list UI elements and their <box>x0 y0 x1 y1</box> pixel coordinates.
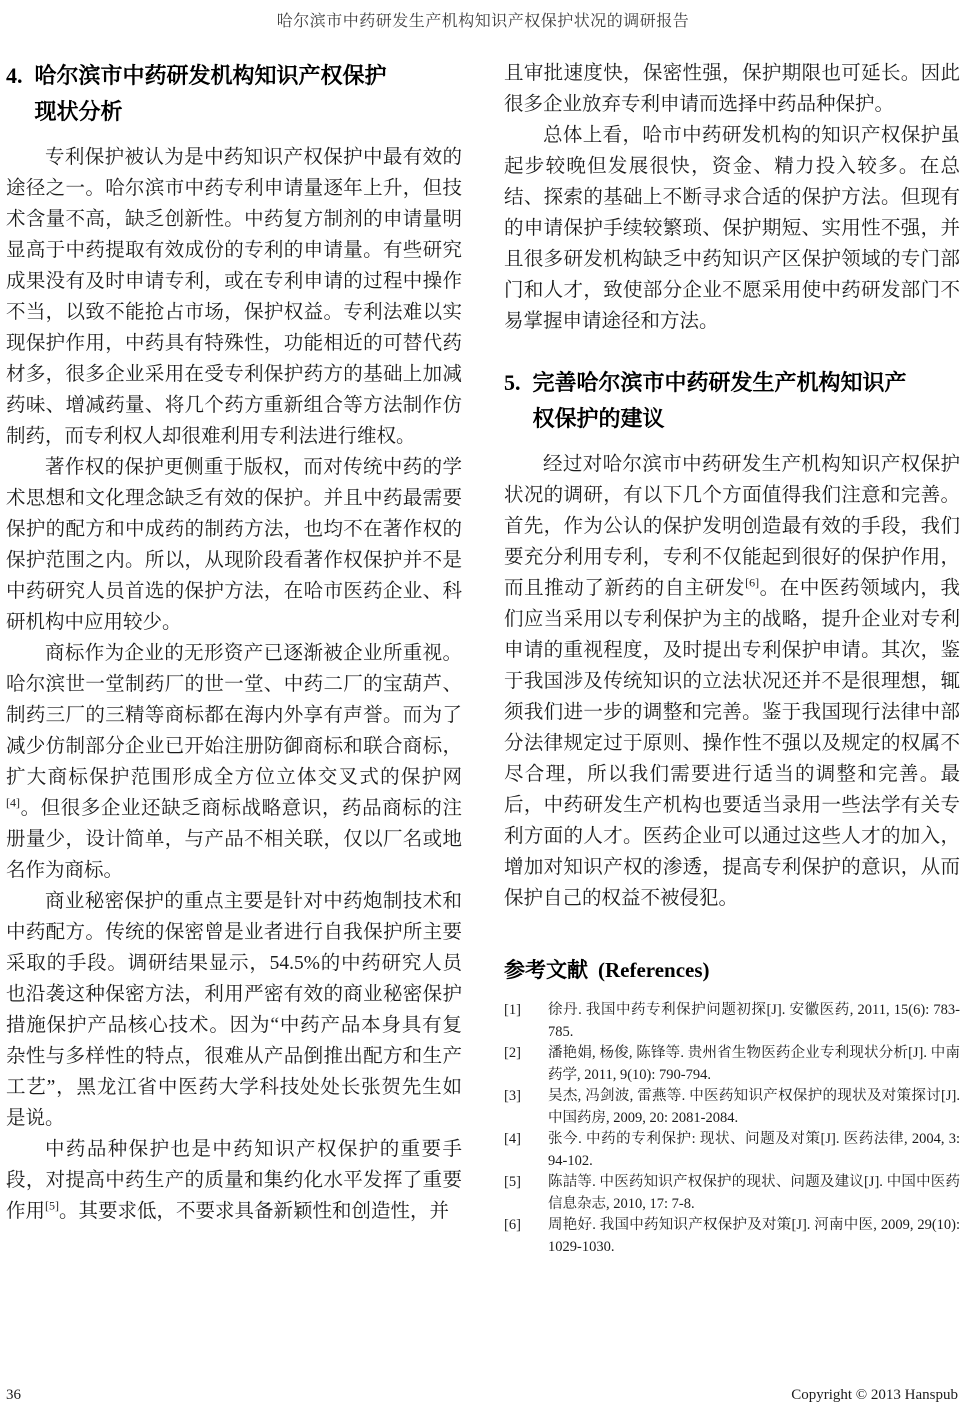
reference-label: [4] <box>504 1129 548 1172</box>
paragraph-variety-protection-cont: 且审批速度快，保密性强，保护期限也可延长。因此很多企业放弃专利申请而选择中药品种… <box>504 58 960 120</box>
reference-item: [5] 陈詰等. 中医药知识产权保护的现状、问题及建议[J]. 中国中医药信息杂… <box>504 1172 960 1215</box>
paper-page: 哈尔滨市中药研发生产机构知识产权保护状况的调研报告 4. 哈尔滨市中药研发机构知… <box>0 0 966 1414</box>
paragraph-overall-view: 总体上看，哈市中药研发机构的知识产权保护虽起步较晚但发展很快，资金、精力投入较多… <box>504 120 960 337</box>
reference-text: 徐丹. 我国中药专利保护问题初探[J]. 安徽医药, 2011, 15(6): … <box>548 1000 960 1043</box>
section-5-title: 完善哈尔滨市中药研发生产机构知识产权保护的建议 <box>533 365 915 437</box>
right-column: 且审批速度快，保密性强，保护期限也可延长。因此很多企业放弃专利申请而选择中药品种… <box>504 58 960 1258</box>
citation-superscript: [6] <box>745 576 759 590</box>
reference-text: 潘艳娟, 杨俊, 陈锋等. 贵州省生物医药企业专利现状分析[J]. 中南药学, … <box>548 1043 960 1086</box>
paragraph-copyright-protection: 著作权的保护更侧重于版权，而对传统中药的学术思想和文化理念缺乏有效的保护。并且中… <box>6 452 462 638</box>
reference-list: [1] 徐丹. 我国中药专利保护问题初探[J]. 安徽医药, 2011, 15(… <box>504 1000 960 1258</box>
reference-text: 周艳好. 我国中药知识产权保护及对策[J]. 河南中医, 2009, 29(10… <box>548 1215 960 1258</box>
citation-superscript: [4] <box>6 796 20 810</box>
references-heading: 参考文献 (References) <box>504 954 960 984</box>
reference-item: [4] 张今. 中药的专利保护: 现状、问题及对策[J]. 医药法律, 2004… <box>504 1129 960 1172</box>
reference-label: [5] <box>504 1172 548 1215</box>
reference-text: 吴杰, 冯剑波, 雷燕等. 中医药知识产权保护的现状及对策探讨[J]. 中国药房… <box>548 1086 960 1129</box>
paragraph-trademark-protection: 商标作为企业的无形资产已逐渐被企业所重视。哈尔滨世一堂制药厂的世一堂、中药二厂的… <box>6 638 462 886</box>
reference-label: [2] <box>504 1043 548 1086</box>
copyright-notice: Copyright © 2013 Hanspub <box>791 1387 958 1404</box>
section-4-heading: 4. 哈尔滨市中药研发机构知识产权保护现状分析 <box>6 58 462 130</box>
section-4-title: 哈尔滨市中药研发机构知识产权保护现状分析 <box>35 58 401 130</box>
section-5-heading: 5. 完善哈尔滨市中药研发生产机构知识产权保护的建议 <box>504 365 960 437</box>
paragraph-trade-secret: 商业秘密保护的重点主要是针对中药炮制技术和中药配方。传统的保密曾是业者进行自我保… <box>6 886 462 1134</box>
running-head-title: 哈尔滨市中药研发生产机构知识产权保护状况的调研报告 <box>0 8 966 31</box>
citation-superscript: [5] <box>45 1199 59 1213</box>
reference-text: 张今. 中药的专利保护: 现状、问题及对策[J]. 医药法律, 2004, 3:… <box>548 1129 960 1172</box>
paragraph-suggestions: 经过对哈尔滨市中药研发生产机构知识产权保护状况的调研，有以下几个方面值得我们注意… <box>504 449 960 914</box>
section-5-number: 5. <box>504 365 521 401</box>
reference-text: 陈詰等. 中医药知识产权保护的现状、问题及建议[J]. 中国中医药信息杂志, 2… <box>548 1172 960 1215</box>
left-column: 4. 哈尔滨市中药研发机构知识产权保护现状分析 专利保护被认为是中药知识产权保护… <box>6 58 462 1227</box>
paragraph-patent-protection: 专利保护被认为是中药知识产权保护中最有效的途径之一。哈尔滨市中药专利申请量逐年上… <box>6 142 462 452</box>
reference-item: [3] 吴杰, 冯剑波, 雷燕等. 中医药知识产权保护的现状及对策探讨[J]. … <box>504 1086 960 1129</box>
reference-item: [2] 潘艳娟, 杨俊, 陈锋等. 贵州省生物医药企业专利现状分析[J]. 中南… <box>504 1043 960 1086</box>
references-heading-zh: 参考文献 <box>504 954 588 984</box>
reference-item: [1] 徐丹. 我国中药专利保护问题初探[J]. 安徽医药, 2011, 15(… <box>504 1000 960 1043</box>
paragraph-variety-protection-start: 中药品种保护也是中药知识产权保护的重要手段，对提高中药生产的质量和集约化水平发挥… <box>6 1134 462 1227</box>
reference-label: [1] <box>504 1000 548 1043</box>
reference-label: [3] <box>504 1086 548 1129</box>
page-number: 36 <box>6 1387 21 1404</box>
references-heading-en: (References) <box>598 958 710 983</box>
section-4-number: 4. <box>6 58 23 94</box>
reference-item: [6] 周艳好. 我国中药知识产权保护及对策[J]. 河南中医, 2009, 2… <box>504 1215 960 1258</box>
reference-label: [6] <box>504 1215 548 1258</box>
